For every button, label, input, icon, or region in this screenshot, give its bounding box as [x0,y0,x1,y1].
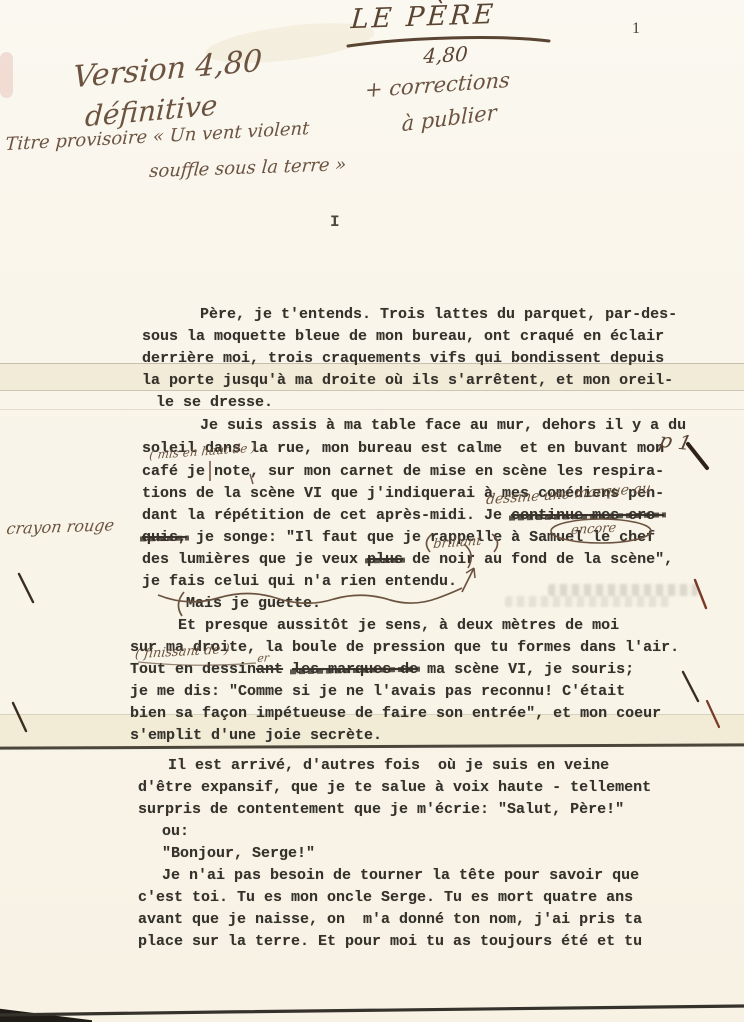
typed-text: Père, je t'entends. Trois lattes du parq… [200,306,677,323]
typed-text: Je n'ai pas besoin de tourner la tête po… [162,867,639,884]
typed-text: le se dresse. [156,394,273,411]
typed-line: ou: [162,823,189,840]
typed-text: bien sa façon impétueuse de faire son en… [130,705,661,722]
handwritten-corrections-line2: à publier [402,100,497,136]
manuscript-page: 1 LE PÈRE 4,80 Version 4,80 définitive +… [0,0,744,1022]
scan-corner-shadow [0,1000,92,1022]
typed-text: ou: [162,823,189,840]
typed-text-struck: quis, [142,529,187,546]
typed-text: Et presque aussitôt je sens, à deux mètr… [178,617,619,634]
typed-line: Je suis assis à ma table face au mur, de… [200,417,686,434]
handwritten-corrections-line1: + corrections [364,68,510,102]
handwritten-title: LE PÈRE [350,0,497,35]
typed-line: s'emplit d'une joie secrète. [130,727,382,744]
typed-text: des lumières que je veux [142,551,367,568]
handwritten-provisional-title-line2: souffle sous la terre » [149,154,347,182]
typed-text: je fais celui qui n'a rien entendu. [142,573,457,590]
typed-line: des lumières que je veux plus de noir au… [142,551,673,568]
typed-line: Il est arrivé, d'autres fois où je suis … [168,757,609,774]
typed-line: Père, je t'entends. Trois lattes du parq… [200,306,677,323]
handwritten-insert-encore: encore [570,521,617,538]
typed-text-struck: les marques de [292,661,418,678]
handwritten-title-version: 4,80 [423,42,469,68]
typed-line: Mais je guette. [186,595,321,612]
typed-text: derrière moi, trois craquements vifs qui… [142,350,664,367]
typed-text: Je suis assis à ma table face au mur, de… [200,417,686,434]
handwritten-insert-er: er [257,651,270,665]
typed-text: ma scène VI, je souris; [418,661,634,678]
typed-text: Il est arrivé, d'autres fois où je suis … [168,757,609,774]
typed-line: Tout en dessinant les marques de ma scèn… [130,661,634,678]
typed-text-struck: plus [367,551,403,568]
typed-line: je fais celui qui n'a rien entendu. [142,573,457,590]
typed-text: c'est toi. Tu es mon oncle Serge. Tu es … [138,889,633,906]
erased-text-ghost [505,596,670,607]
typed-line: "Bonjour, Serge!" [162,845,315,862]
typed-text: place sur la terre. Et pour moi tu as to… [138,933,642,950]
scan-smudge [0,52,13,98]
typed-text: sous la moquette bleue de mon bureau, on… [142,328,664,345]
typed-text: d'être expansif, que je te salue à voix … [138,779,651,796]
typed-line: derrière moi, trois craquements vifs qui… [142,350,664,367]
typed-text: la porte jusqu'à ma droite où ils s'arrê… [142,372,673,389]
typed-text: avant que je naisse, on m'a donné ton no… [138,911,642,928]
typed-line: c'est toi. Tu es mon oncle Serge. Tu es … [138,889,633,906]
typed-text: Mais je guette. [186,595,321,612]
typed-text: "Bonjour, Serge!" [162,845,315,862]
typed-line: café je note, sur mon carnet de mise en … [142,463,664,480]
paper-seam [0,409,744,410]
typed-text: Tout en dessin [130,661,256,678]
handwritten-insert-crayon-rouge: crayon rouge [5,515,115,538]
typed-text: s'emplit d'une joie secrète. [130,727,382,744]
typed-text: surpris de contentement que je m'écrie: … [138,801,624,818]
typed-text [283,661,292,678]
typed-line: Et presque aussitôt je sens, à deux mètr… [178,617,619,634]
typed-line: sous la moquette bleue de mon bureau, on… [142,328,664,345]
typed-line: surpris de contentement que je m'écrie: … [138,801,624,818]
erased-text-ghost [548,584,698,596]
typed-text: je me dis: "Comme si je ne l'avais pas r… [130,683,625,700]
paper-seam [0,390,744,391]
typed-text: café je note, sur mon carnet de mise en … [142,463,664,480]
typed-line: je me dis: "Comme si je ne l'avais pas r… [130,683,625,700]
typed-line: le se dresse. [156,394,273,411]
typed-line: avant que je naisse, on m'a donné ton no… [138,911,642,928]
typed-line: place sur la terre. Et pour moi tu as to… [138,933,642,950]
typed-line: d'être expansif, que je te salue à voix … [138,779,651,796]
handwritten-insert-brillant: brillant [432,534,482,553]
typed-line: bien sa façon impétueuse de faire son en… [130,705,661,722]
page-number: 1 [632,20,640,38]
typed-line: Je n'ai pas besoin de tourner la tête po… [162,867,639,884]
typed-line: la porte jusqu'à ma droite où ils s'arrê… [142,372,673,389]
handwritten-version-note-line1: Version 4,80 [72,43,263,95]
typed-text: dant la répétition de cet après-midi. Je [142,507,511,524]
chapter-numeral: I [330,213,340,231]
typed-text: de noir au fond de la scène", [403,551,673,568]
handwritten-margin-page-note: p 1 [657,428,694,455]
